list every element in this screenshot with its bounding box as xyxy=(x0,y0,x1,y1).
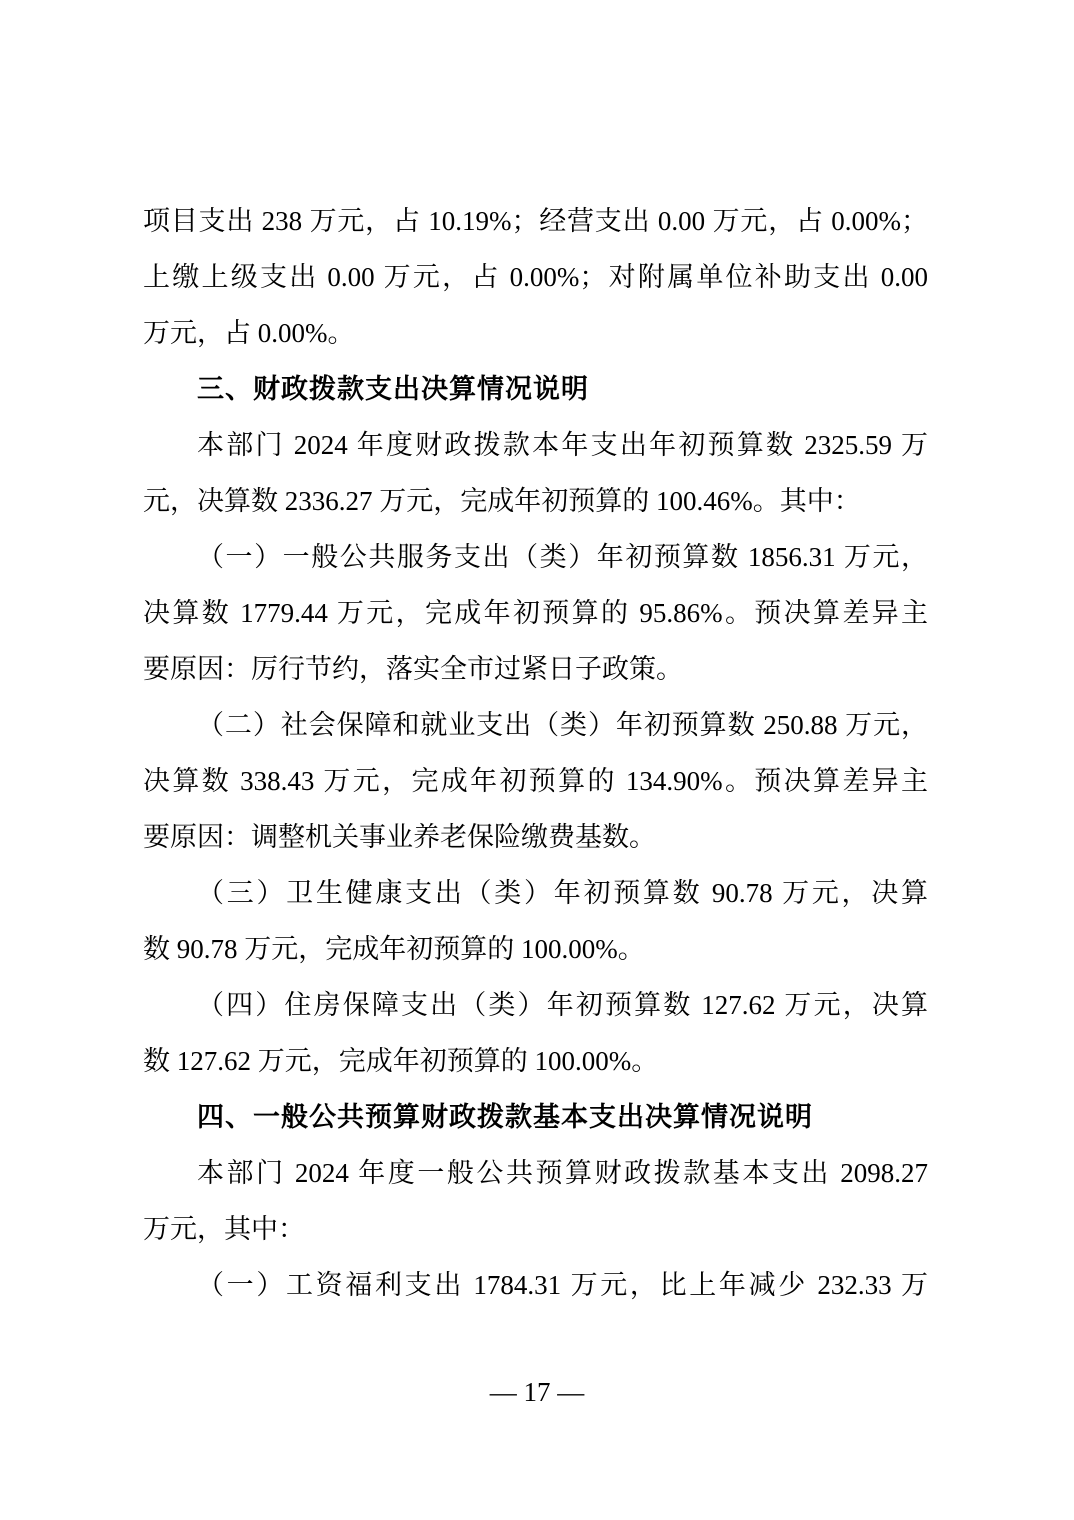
section-heading: 四、一般公共预算财政拨款基本支出决算情况说明 xyxy=(143,1089,928,1145)
text-line: 万元，占 0.00%。 xyxy=(143,305,928,361)
text-line: 数 90.78 万元，完成年初预算的 100.00%。 xyxy=(143,921,928,977)
text-line: 本部门 2024 年度一般公共预算财政拨款基本支出 2098.27 xyxy=(143,1145,928,1201)
text-line: 要原因：厉行节约，落实全市过紧日子政策。 xyxy=(143,641,928,697)
text-line: 数 127.62 万元，完成年初预算的 100.00%。 xyxy=(143,1033,928,1089)
text-line: （四）住房保障支出（类）年初预算数 127.62 万元，决算 xyxy=(143,977,928,1033)
text-line: （二）社会保障和就业支出（类）年初预算数 250.88 万元， xyxy=(143,697,928,753)
page-number: — 17 — xyxy=(0,1372,1074,1412)
text-line: 决算数 338.43 万元，完成年初预算的 134.90%。预决算差异主 xyxy=(143,753,928,809)
section-heading: 三、财政拨款支出决算情况说明 xyxy=(143,361,928,417)
document-page: 项目支出 238 万元，占 10.19%；经营支出 0.00 万元，占 0.00… xyxy=(0,0,1074,1520)
text-line: （一）工资福利支出 1784.31 万元，比上年减少 232.33 万 xyxy=(143,1257,928,1313)
text-line: 决算数 1779.44 万元，完成年初预算的 95.86%。预决算差异主 xyxy=(143,585,928,641)
text-line: 本部门 2024 年度财政拨款本年支出年初预算数 2325.59 万 xyxy=(143,417,928,473)
text-line: 项目支出 238 万元，占 10.19%；经营支出 0.00 万元，占 0.00… xyxy=(143,193,928,249)
text-line: 万元，其中： xyxy=(143,1201,928,1257)
text-line: 上缴上级支出 0.00 万元，占 0.00%；对附属单位补助支出 0.00 xyxy=(143,249,928,305)
text-line: 元，决算数 2336.27 万元，完成年初预算的 100.46%。其中： xyxy=(143,473,928,529)
document-body: 项目支出 238 万元，占 10.19%；经营支出 0.00 万元，占 0.00… xyxy=(143,193,928,1313)
text-line: 要原因：调整机关事业养老保险缴费基数。 xyxy=(143,809,928,865)
text-line: （三）卫生健康支出（类）年初预算数 90.78 万元，决算 xyxy=(143,865,928,921)
text-line: （一）一般公共服务支出（类）年初预算数 1856.31 万元， xyxy=(143,529,928,585)
